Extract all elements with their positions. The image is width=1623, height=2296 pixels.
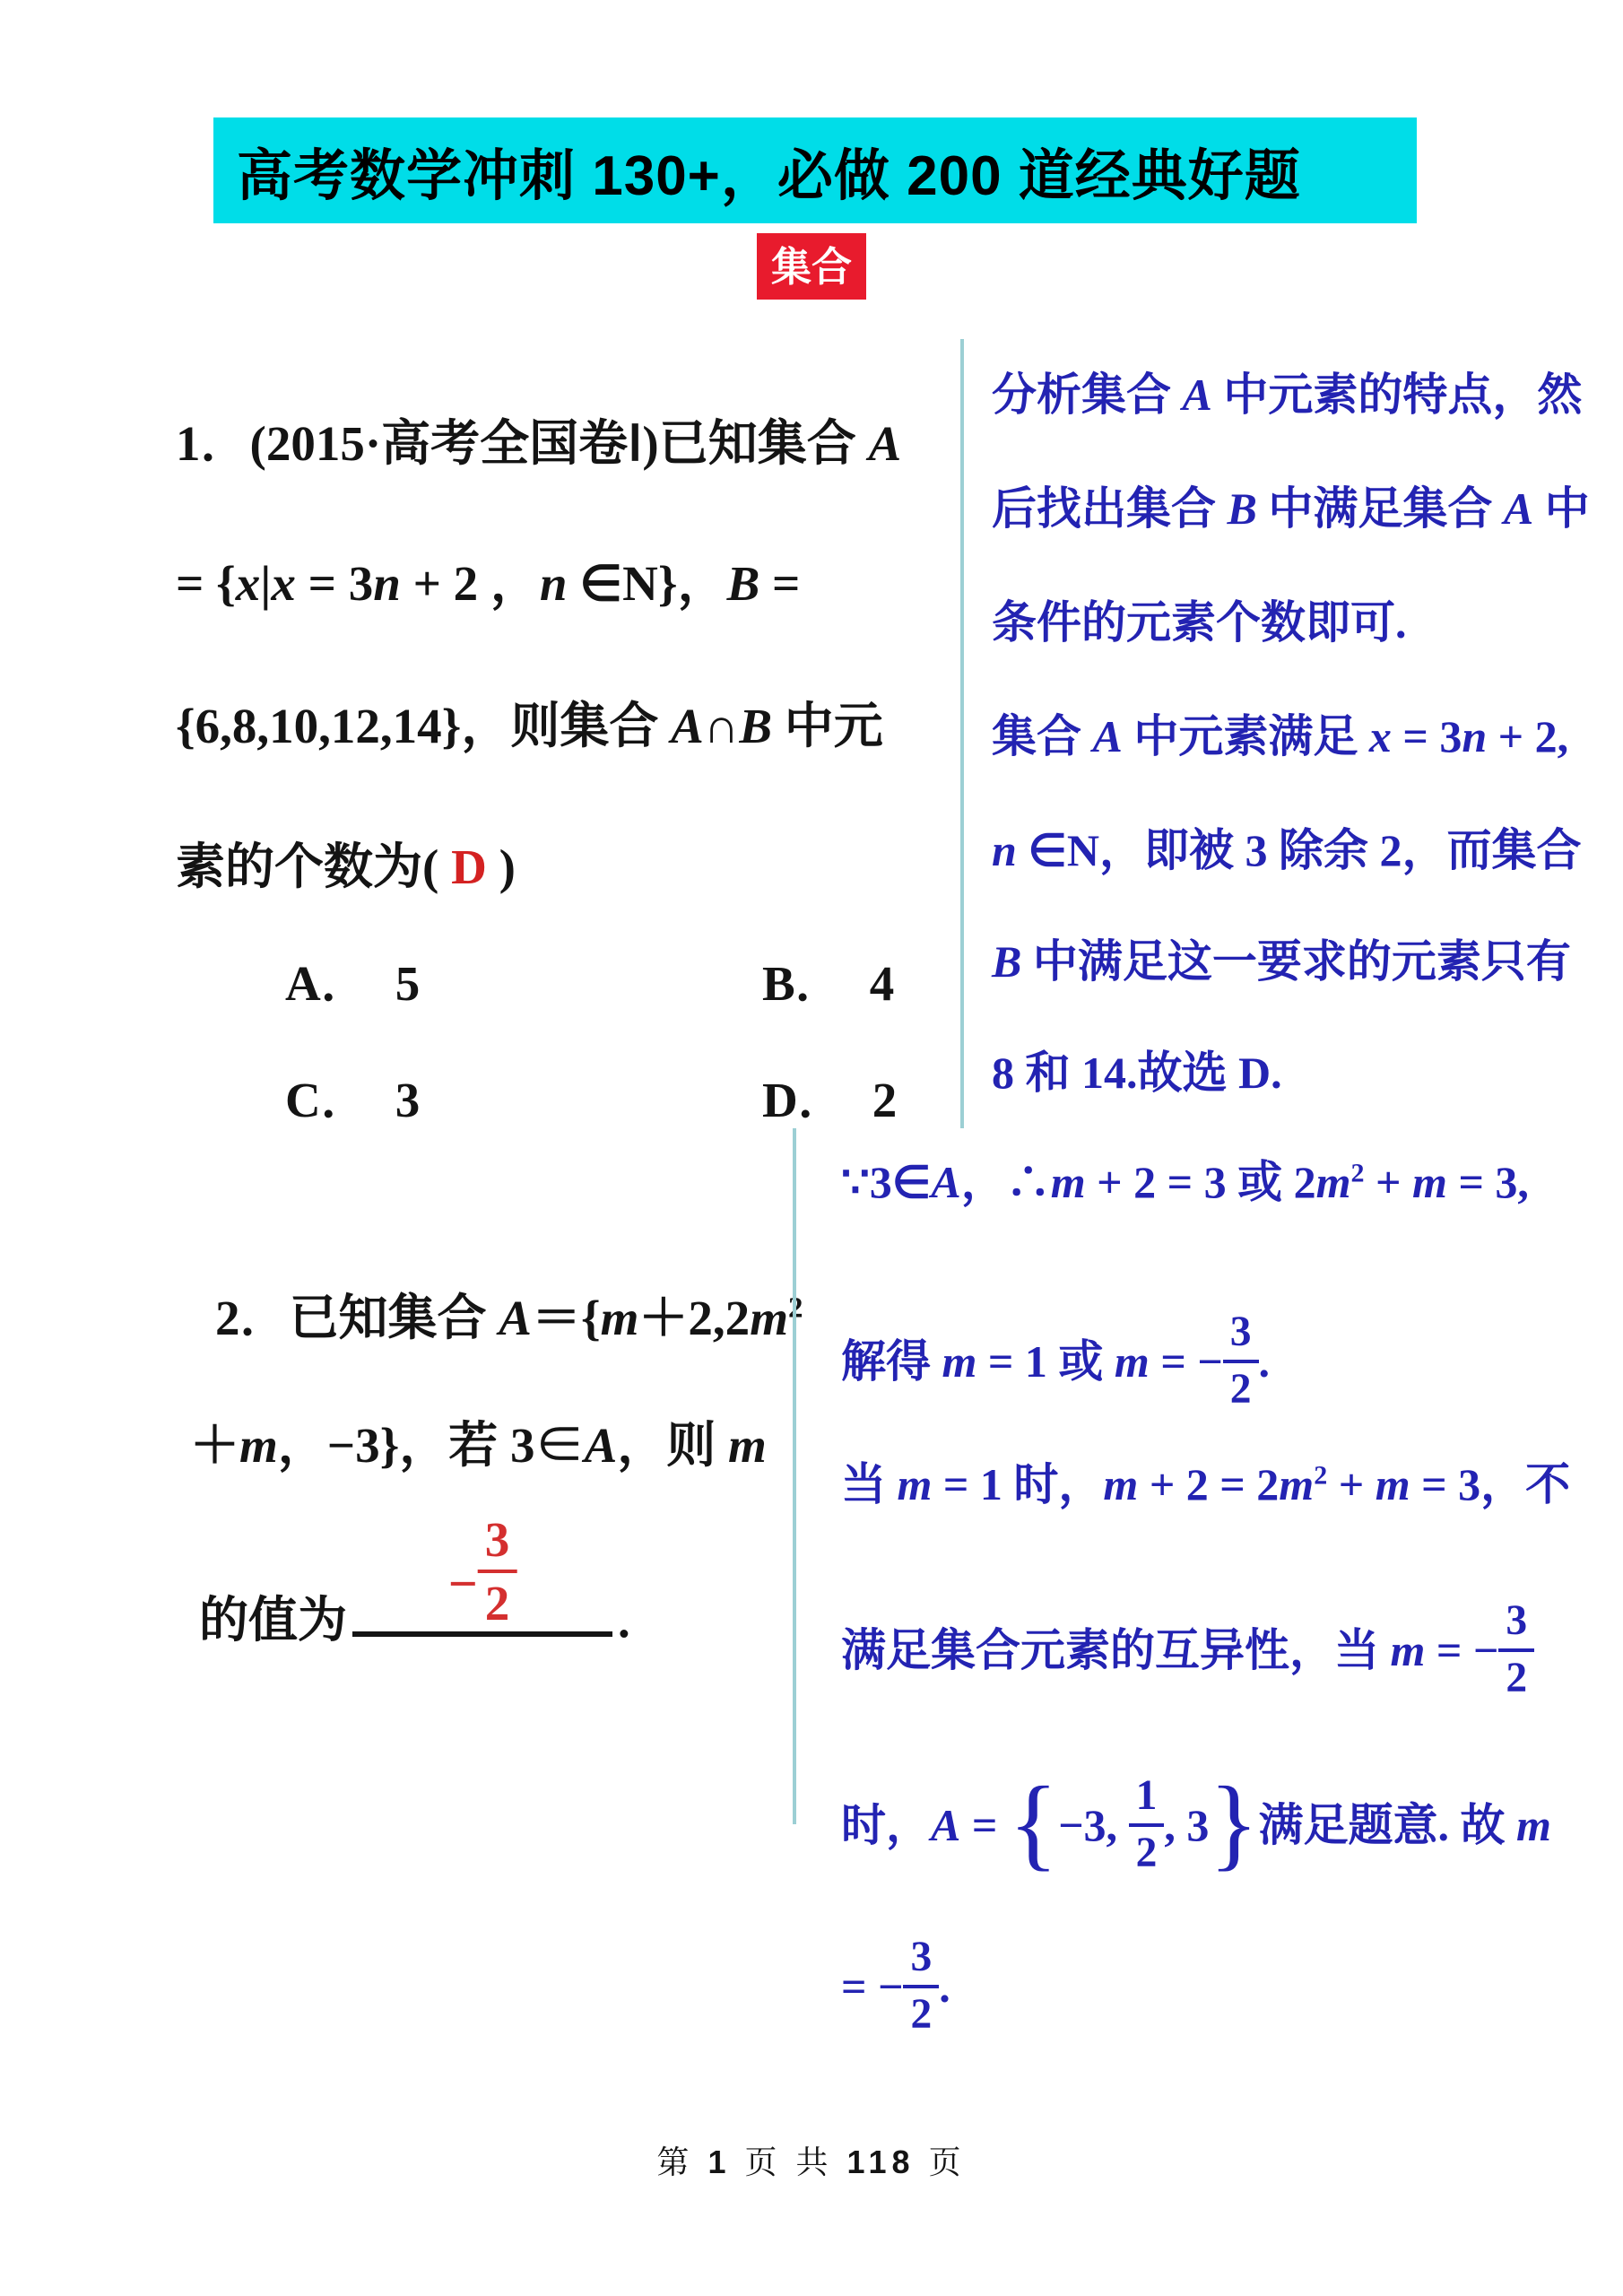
column-divider-q1 — [960, 339, 964, 1128]
q2-answer-sign: − — [448, 1558, 478, 1610]
q1-option-b-value: 4 — [870, 955, 895, 1012]
document-page: 高考数学冲刺 130+，必做 200 道经典好题 集合 1．(2015·高考全国… — [0, 0, 1623, 2296]
analysis1-line-3: 条件的元素个数即可. — [992, 587, 1407, 651]
column-divider-q2 — [793, 1128, 796, 1824]
q1-option-b: B．4 — [762, 944, 894, 1014]
q2-answer-denominator: 2 — [485, 1573, 510, 1628]
page-footer: 第 1 页 共 118 页 — [0, 2137, 1623, 2183]
analysis1-line-2: 后找出集合 B 中满足集合 A 中 — [992, 473, 1590, 537]
q2-answer-blank: −32 — [352, 1621, 612, 1637]
q2-answer-numerator: 3 — [478, 1515, 517, 1573]
q2-answer-prefix: 的值为 — [199, 1593, 347, 1648]
solution2-line-3: 当 m = 1 时，m + 2 = 2m2 + m = 3，不 — [841, 1448, 1570, 1513]
q1-line-2: = {x|x = 3n + 2 ，n ∈N}，B = — [176, 544, 800, 614]
analysis1-line-5: n ∈N，即被 3 除余 2，而集合 — [992, 814, 1581, 879]
chapter-badge: 集合 — [757, 233, 866, 300]
q2-line-3: 的值为−32. — [199, 1580, 630, 1651]
q1-option-c-label: C． — [285, 1060, 370, 1131]
title-banner: 高考数学冲刺 130+，必做 200 道经典好题 — [213, 117, 1417, 223]
analysis1-line-7: 8 和 14.故选 D. — [992, 1037, 1282, 1101]
analysis1-line-4: 集合 A 中元素满足 x = 3n + 2, — [992, 700, 1568, 765]
q1-option-d-label: D． — [762, 1060, 847, 1131]
q1-option-d-value: 2 — [872, 1072, 898, 1128]
q2-answer-fraction: −32 — [448, 1527, 517, 1640]
solution2-line-4: 满足集合元素的互异性，当 m = −32 — [841, 1605, 1534, 1705]
q2-line-2: ＋m，−3}，若 3∈A，则 m — [190, 1405, 767, 1476]
q1-line-3: {6,8,10,12,14}，则集合 A∩B 中元 — [176, 686, 883, 757]
q1-line-4: 素的个数为( D ) — [176, 827, 516, 898]
solution2-line-2: 解得 m = 1 或 m = −32. — [841, 1317, 1270, 1416]
q1-option-d: D．2 — [762, 1060, 897, 1131]
solution2-line-6: = −32. — [841, 1942, 950, 2041]
q1-option-a-label: A． — [285, 944, 370, 1014]
q2-line-1: 2．已知集合 A＝{m＋2,2m2 — [215, 1278, 803, 1349]
q1-option-a-value: 5 — [395, 955, 421, 1012]
q1-option-c-value: 3 — [395, 1072, 421, 1128]
solution2-line-5: 时，A = {−3, 12, 3}满足题意. 故 m — [841, 1780, 1551, 1880]
q1-option-c: C．3 — [285, 1060, 420, 1131]
q1-line-1: 1．(2015·高考全国卷Ⅰ)已知集合 A — [176, 404, 901, 474]
q2-answer-suffix: . — [618, 1593, 630, 1648]
analysis1-line-6: B 中满足这一要求的元素只有 — [992, 926, 1571, 990]
analysis1-line-1: 分析集合 A 中元素的特点，然 — [992, 359, 1582, 423]
q1-option-a: A．5 — [285, 944, 420, 1014]
q1-option-b-label: B． — [762, 944, 845, 1014]
solution2-line-1: ∵3∈A，∴m + 2 = 3 或 2m2 + m = 3, — [841, 1146, 1529, 1211]
page-title: 高考数学冲刺 130+，必做 200 道经典好题 — [237, 131, 1301, 211]
